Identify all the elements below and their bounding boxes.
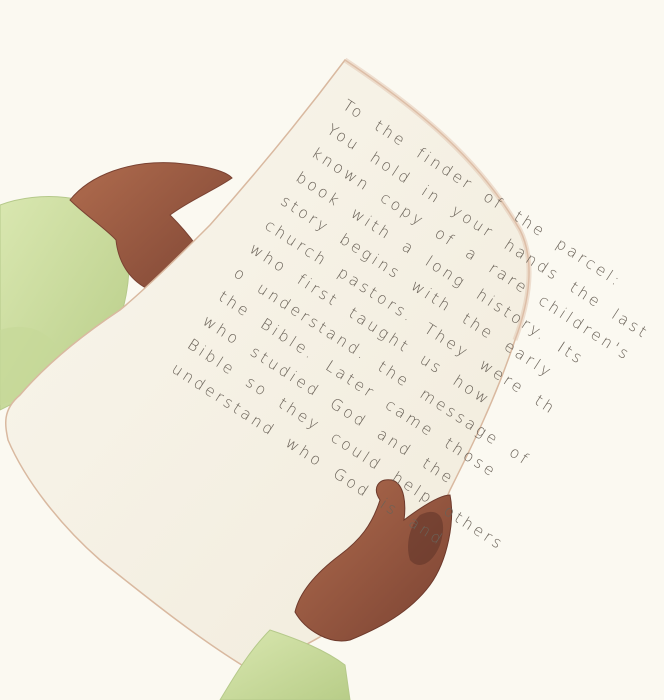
illustration-scene: To the finder of the parcel: You hold in…	[0, 0, 664, 700]
